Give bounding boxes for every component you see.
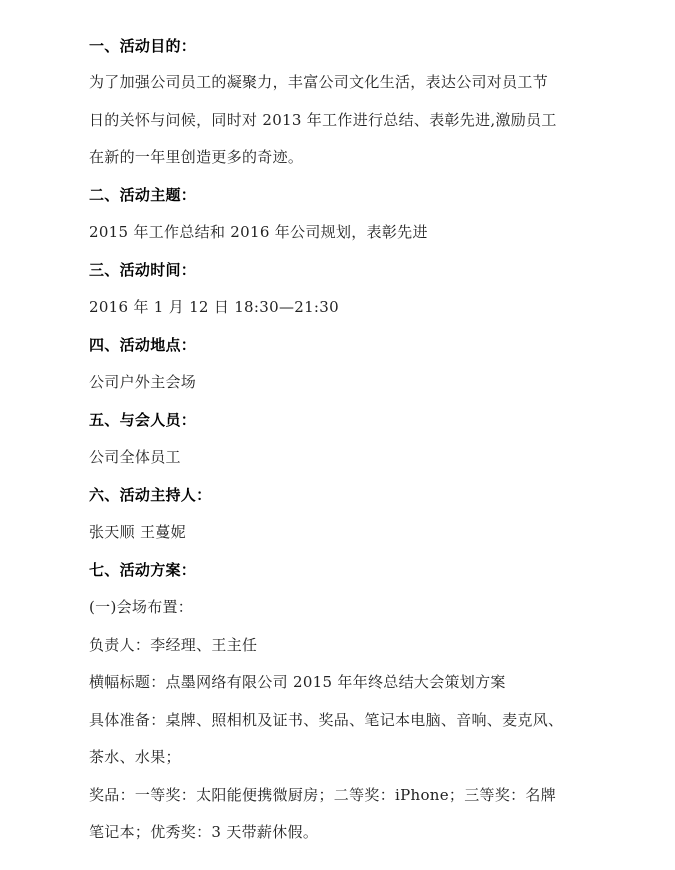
- section-heading-time: 三、活动时间：: [89, 260, 196, 280]
- section-heading-location: 四、活动地点：: [89, 335, 196, 355]
- section-heading-theme: 二、活动主题：: [89, 185, 196, 205]
- paragraph-line: 2016 年 1 月 12 日 18:30—21:30: [89, 297, 339, 317]
- paragraph-line: 为了加强公司员工的凝聚力，丰富公司文化生活，表达公司对员工节: [89, 72, 548, 92]
- section-heading-plan: 七、活动方案：: [89, 560, 196, 580]
- paragraph-line: 公司户外主会场: [89, 372, 196, 392]
- paragraph-line: 日的关怀与问候，同时对 2013 年工作进行总结、表彰先进,激励员工: [89, 110, 557, 130]
- paragraph-line: 张天顺 王蔓妮: [89, 522, 186, 542]
- paragraph-line: 公司全体员工: [89, 447, 181, 467]
- paragraph-line: 具体准备：桌牌、照相机及证书、奖品、笔记本电脑、音响、麦克风、: [89, 710, 563, 730]
- section-heading-attendees: 五、与会人员：: [89, 410, 196, 430]
- paragraph-line: (一)会场布置：: [89, 597, 193, 617]
- paragraph-line: 在新的一年里创造更多的奇迹。: [89, 147, 303, 167]
- paragraph-line: 横幅标题：点墨网络有限公司 2015 年年终总结大会策划方案: [89, 672, 506, 692]
- paragraph-line: 茶水、水果；: [89, 747, 181, 767]
- section-heading-hosts: 六、活动主持人：: [89, 485, 211, 505]
- paragraph-line: 负责人：李经理、王主任: [89, 635, 257, 655]
- paragraph-line: 奖品：一等奖：太阳能便携微厨房；二等奖：iPhone；三等奖：名牌: [89, 785, 556, 805]
- section-heading-purpose: 一、活动目的：: [89, 36, 196, 56]
- paragraph-line: 笔记本；优秀奖：3 天带薪休假。: [89, 822, 318, 842]
- paragraph-line: 2015 年工作总结和 2016 年公司规划，表彰先进: [89, 222, 428, 242]
